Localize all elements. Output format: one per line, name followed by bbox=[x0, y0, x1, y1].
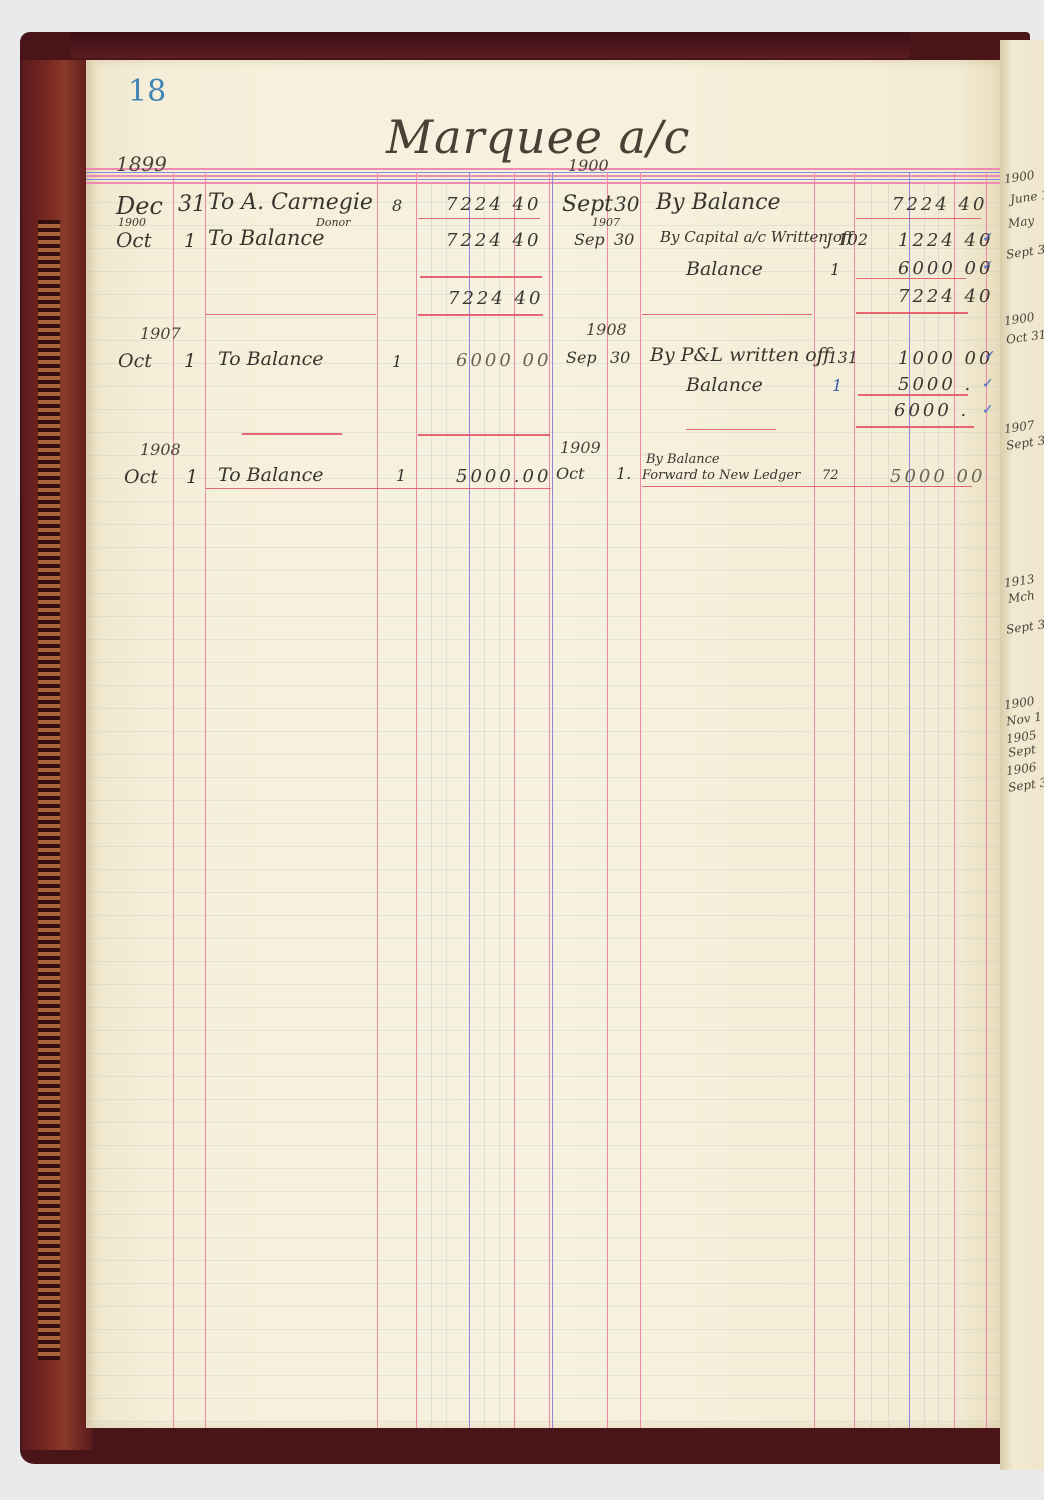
credit-entry-month: Sep bbox=[566, 348, 597, 367]
facing-note: Sept 3 bbox=[1007, 775, 1044, 794]
column-rule bbox=[446, 172, 447, 1428]
credit-entry-particulars-line2: Forward to New Ledger bbox=[642, 468, 800, 483]
credit-entry-folio: J 131 bbox=[816, 348, 858, 367]
red-rule bbox=[642, 486, 972, 487]
facing-note: Sept 3 bbox=[1005, 433, 1044, 452]
column-rule bbox=[552, 172, 553, 1428]
column-rule bbox=[377, 172, 378, 1428]
red-rule bbox=[242, 433, 342, 435]
red-rule bbox=[686, 429, 776, 430]
credit-entry-day: 30 bbox=[614, 230, 634, 249]
red-rule bbox=[642, 314, 812, 315]
facing-note: Oct 31 bbox=[1005, 327, 1044, 346]
header-rule bbox=[86, 179, 1000, 180]
debit-entry-month: Oct bbox=[116, 228, 152, 252]
facing-note: 1900 bbox=[1003, 168, 1035, 186]
credit-entry-amount: 6000 00 bbox=[898, 258, 993, 279]
credit-entry-amount: 5000 . bbox=[898, 374, 973, 395]
debit-entry-amount: 7224 40 bbox=[446, 230, 541, 251]
red-rule bbox=[420, 276, 542, 278]
debit-entry-particulars: To Balance bbox=[218, 348, 324, 370]
credit-entry-month: Oct bbox=[556, 464, 585, 483]
credit-entry-particulars: By P&L written off bbox=[650, 344, 830, 366]
column-rule bbox=[607, 172, 608, 1428]
red-rule bbox=[858, 394, 968, 396]
credit-entry-folio: J 102 bbox=[826, 230, 868, 249]
header-rule bbox=[86, 182, 1000, 184]
credit-entry-folio: 1 bbox=[830, 260, 840, 279]
red-rule bbox=[856, 218, 981, 219]
red-rule bbox=[856, 426, 974, 428]
credit-header-year: 1900 bbox=[568, 156, 609, 175]
credit-entry-day: 30 bbox=[610, 348, 630, 367]
debit-entry-day: 1 bbox=[184, 230, 196, 252]
check-mark-icon: ✓ bbox=[982, 376, 994, 392]
credit-entry-amount: 1000 00 bbox=[898, 348, 993, 369]
cover-top-edge bbox=[70, 32, 910, 58]
credit-entry-particulars: Balance bbox=[686, 258, 763, 280]
red-rule bbox=[856, 278, 966, 279]
column-rule bbox=[431, 172, 432, 1428]
credit-entry-amount: 1224 40 bbox=[898, 230, 993, 251]
red-rule bbox=[418, 218, 540, 219]
debit-entry-amount: 7224 40 bbox=[446, 194, 541, 215]
credit-entry-day: 1. bbox=[616, 464, 631, 483]
account-title: Marquee a/c bbox=[386, 110, 690, 164]
facing-note: 1900 bbox=[1003, 694, 1035, 712]
credit-entry-particulars: By Balance bbox=[646, 452, 720, 467]
credit-entry-particulars: By Balance bbox=[656, 190, 781, 215]
debit-entry-month: Oct bbox=[118, 350, 152, 372]
credit-entry-day: 30 bbox=[614, 192, 639, 216]
column-rule bbox=[173, 172, 174, 1428]
check-mark-icon: ✓ bbox=[984, 348, 996, 364]
debit-entry-particulars: To Balance bbox=[218, 464, 324, 486]
debit-entry-folio: 1 bbox=[396, 466, 406, 485]
column-rule bbox=[871, 172, 872, 1428]
credit-entry-amount: 7224 40 bbox=[892, 194, 987, 215]
red-rule bbox=[856, 312, 968, 314]
facing-note: 1906 bbox=[1005, 760, 1037, 778]
credit-entry-year: 1908 bbox=[586, 320, 627, 339]
debit-entry-day: 1 bbox=[184, 350, 196, 372]
debit-entry-day: 1 bbox=[186, 466, 198, 488]
credit-total: 6000 . bbox=[894, 400, 969, 421]
credit-entry-folio: 72 bbox=[822, 468, 839, 483]
facing-note: Sept 3 bbox=[1005, 617, 1044, 636]
facing-note: May bbox=[1007, 213, 1035, 231]
debit-entry-particulars: To A. Carnegie bbox=[208, 190, 373, 215]
credit-entry-particulars: Balance bbox=[686, 374, 763, 396]
debit-entry-particulars: To Balance bbox=[208, 226, 325, 250]
credit-entry-year: 1909 bbox=[560, 438, 601, 457]
debit-total: 7224 40 bbox=[448, 288, 543, 309]
page-number: 18 bbox=[128, 74, 166, 109]
credit-entry-year: 1907 bbox=[592, 216, 620, 229]
facing-note: June 1 bbox=[1009, 187, 1044, 206]
red-rule bbox=[206, 488, 551, 489]
credit-entry-amount: 5000 00 bbox=[890, 466, 985, 487]
debit-entry-year: 1908 bbox=[140, 440, 181, 459]
facing-note: Sept 3 bbox=[1005, 242, 1044, 261]
facing-note: 1900 bbox=[1003, 310, 1035, 328]
red-rule bbox=[418, 314, 543, 316]
column-rule bbox=[640, 172, 641, 1428]
column-rule bbox=[888, 172, 889, 1428]
check-mark-icon: ✓ bbox=[982, 230, 994, 246]
debit-entry-amount: 6000 00 bbox=[456, 350, 551, 371]
credit-entry-month: Sept bbox=[562, 192, 613, 217]
red-rule bbox=[418, 434, 550, 436]
debit-entry-year: 1907 bbox=[140, 324, 181, 343]
facing-note: 1913 bbox=[1003, 572, 1035, 590]
facing-note: Mch bbox=[1007, 588, 1035, 606]
debit-entry-folio: 8 bbox=[392, 196, 402, 215]
facing-note: 1907 bbox=[1003, 418, 1035, 436]
debit-entry-month: Oct bbox=[124, 466, 158, 488]
facing-note: Nov 1 bbox=[1005, 710, 1043, 729]
column-rule bbox=[416, 172, 417, 1428]
debit-entry-folio: 1 bbox=[392, 352, 402, 371]
facing-page-edge: 1900 June 1 May Sept 3 1900 Oct 31 1907 … bbox=[1000, 40, 1044, 1470]
spine-texture bbox=[38, 220, 60, 1360]
debit-entry-amount: 5000.00 bbox=[456, 466, 551, 487]
header-rule bbox=[86, 175, 1000, 177]
ledger-page: 18 Marquee a/c 1899 1900 Dec 31 To A. Ca… bbox=[86, 60, 1000, 1428]
debit-header-year: 1899 bbox=[116, 152, 167, 176]
header-rule bbox=[86, 172, 1000, 173]
credit-total: 7224 40 bbox=[898, 286, 993, 307]
check-mark-icon: ✓ bbox=[982, 258, 994, 274]
debit-entry-day: 31 bbox=[178, 192, 206, 217]
credit-entry-month: Sep bbox=[574, 230, 605, 249]
credit-entry-particulars: By Capital a/c Written off bbox=[660, 228, 853, 246]
red-rule bbox=[206, 314, 376, 315]
credit-entry-folio: 1 bbox=[832, 376, 842, 395]
facing-note: Sept bbox=[1007, 742, 1037, 760]
header-rule bbox=[86, 168, 1000, 170]
column-rule bbox=[205, 172, 206, 1428]
check-mark-icon: ✓ bbox=[982, 402, 994, 418]
